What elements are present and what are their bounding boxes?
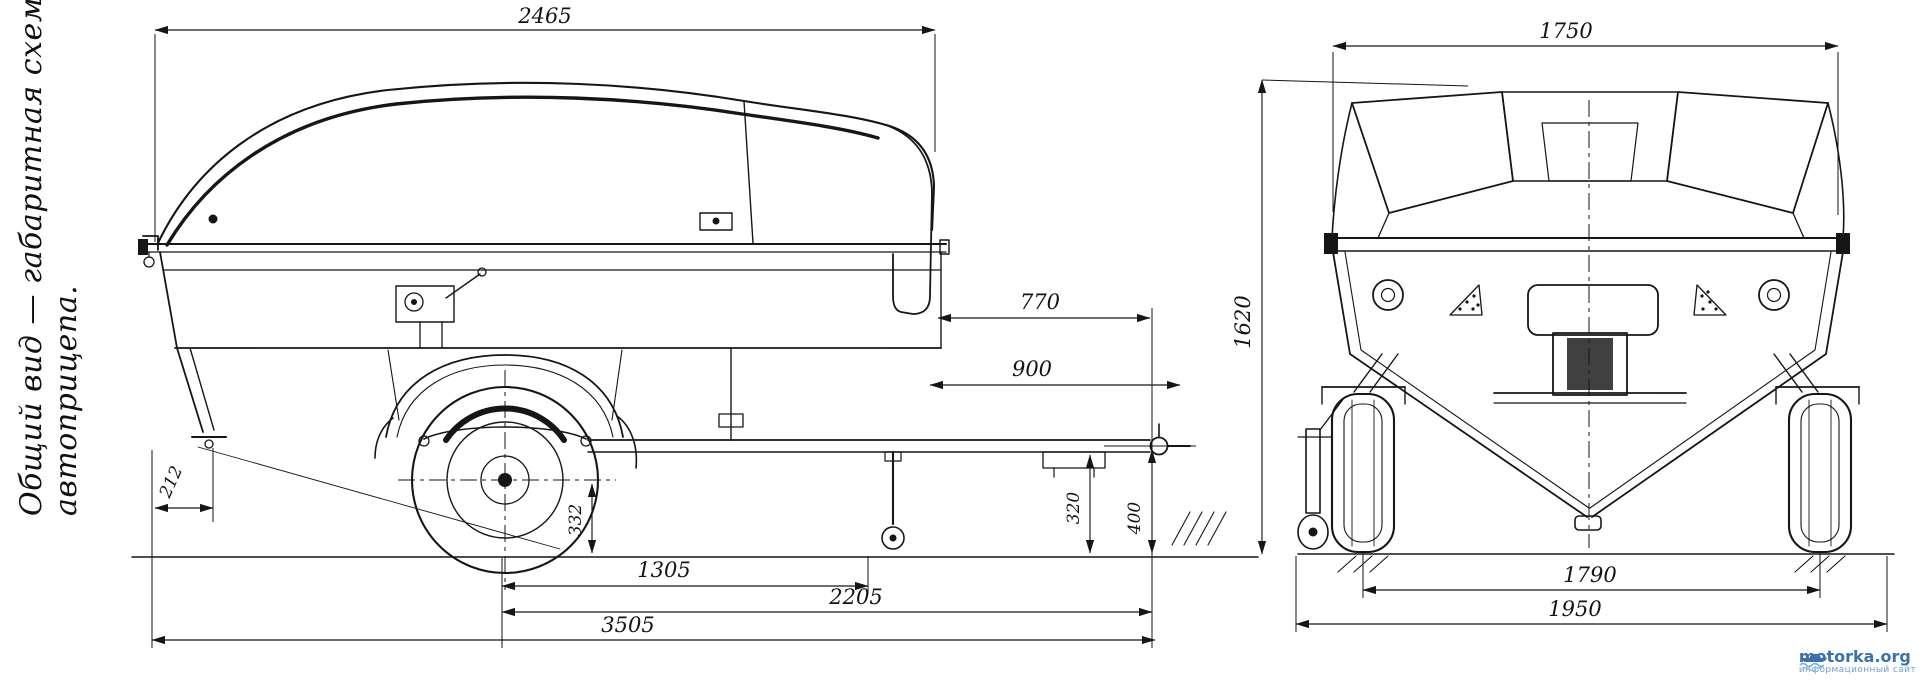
dim-label-1750: 1750 bbox=[1539, 19, 1592, 43]
lamp-left bbox=[1373, 280, 1403, 310]
bow-support-post bbox=[177, 348, 560, 549]
dim-label-400: 400 bbox=[1125, 502, 1145, 536]
dim-label-2465: 2465 bbox=[517, 4, 571, 28]
hull-v-front bbox=[1333, 100, 1843, 548]
dim-overall-height: 1620 bbox=[1231, 80, 1468, 554]
ground-line-side bbox=[132, 512, 1258, 557]
windshield-front bbox=[1352, 92, 1828, 213]
dim-label-1950: 1950 bbox=[1548, 597, 1601, 621]
tilt-reference-line bbox=[198, 447, 560, 549]
winch-handle-knob bbox=[478, 268, 486, 276]
wheel-front-right bbox=[1789, 394, 1851, 552]
dim-frame-to-ground: 320 bbox=[1064, 455, 1090, 553]
reflector-triangle-left bbox=[1450, 285, 1482, 315]
dim-overall-length: 3505 bbox=[152, 450, 1155, 648]
trailer-dimensional-drawing: 2465 770 900 400 320 33 bbox=[0, 0, 1932, 681]
site-watermark[interactable]: motorka.org информационный сайт bbox=[1799, 649, 1916, 675]
gunwale-band-front bbox=[1324, 103, 1850, 254]
dim-bow-offset: 212 bbox=[155, 448, 213, 522]
dim-label-212: 212 bbox=[155, 463, 187, 502]
dim-label-3505: 3505 bbox=[601, 613, 654, 637]
dim-label-900: 900 bbox=[1012, 357, 1052, 381]
front-view: 1750 1620 1790 1950 bbox=[1231, 19, 1894, 632]
dim-boat-beam: 1750 bbox=[1333, 19, 1838, 215]
dim-axle-to-coupling: 2205 bbox=[502, 558, 1152, 648]
dim-stand-to-coupling: 900 bbox=[930, 357, 1180, 385]
dim-label-1305: 1305 bbox=[637, 558, 690, 582]
jockey-stand-front bbox=[1298, 398, 1344, 549]
gunwale-band bbox=[138, 239, 949, 255]
dim-transom-to-coupling: 770 bbox=[938, 290, 1150, 318]
axle-beam bbox=[1494, 285, 1686, 403]
rear-lamp-bracket bbox=[1043, 452, 1105, 477]
dim-label-320: 320 bbox=[1064, 492, 1084, 525]
dim-label-2205: 2205 bbox=[828, 585, 882, 609]
dim-label-1620: 1620 bbox=[1231, 295, 1255, 348]
dim-label-770: 770 bbox=[1020, 290, 1060, 314]
bow-eye-bolt bbox=[209, 215, 218, 224]
dim-axle-to-stand: 1305 bbox=[502, 556, 868, 594]
dim-wheel-track: 1790 bbox=[1363, 552, 1820, 598]
wheel-front-left bbox=[1332, 394, 1394, 552]
mud-flap-front bbox=[375, 418, 393, 458]
dim-boat-length: 2465 bbox=[155, 4, 935, 242]
boat-hull-side bbox=[143, 83, 934, 314]
blueprint-page: Общий вид — габаритная схема автоприцепа… bbox=[0, 0, 1932, 681]
lamp-right bbox=[1759, 280, 1789, 310]
side-view: 2465 770 900 400 320 33 bbox=[132, 4, 1258, 648]
dim-axle-to-ground: 332 bbox=[566, 484, 592, 553]
trailer-body-side bbox=[160, 252, 941, 348]
reflector-triangle-right bbox=[1694, 285, 1726, 315]
dim-coupling-height: 400 bbox=[1104, 446, 1196, 553]
keel-roller bbox=[1575, 516, 1601, 530]
boat-logo-icon bbox=[1799, 649, 1829, 671]
dim-label-1790: 1790 bbox=[1563, 563, 1616, 587]
winch-assembly bbox=[396, 268, 486, 348]
dim-label-332: 332 bbox=[566, 504, 586, 536]
license-plate-panel bbox=[1528, 285, 1658, 335]
jockey-stand bbox=[882, 452, 904, 549]
bow-shackle-ring bbox=[144, 257, 154, 267]
drawbar bbox=[588, 348, 1190, 455]
